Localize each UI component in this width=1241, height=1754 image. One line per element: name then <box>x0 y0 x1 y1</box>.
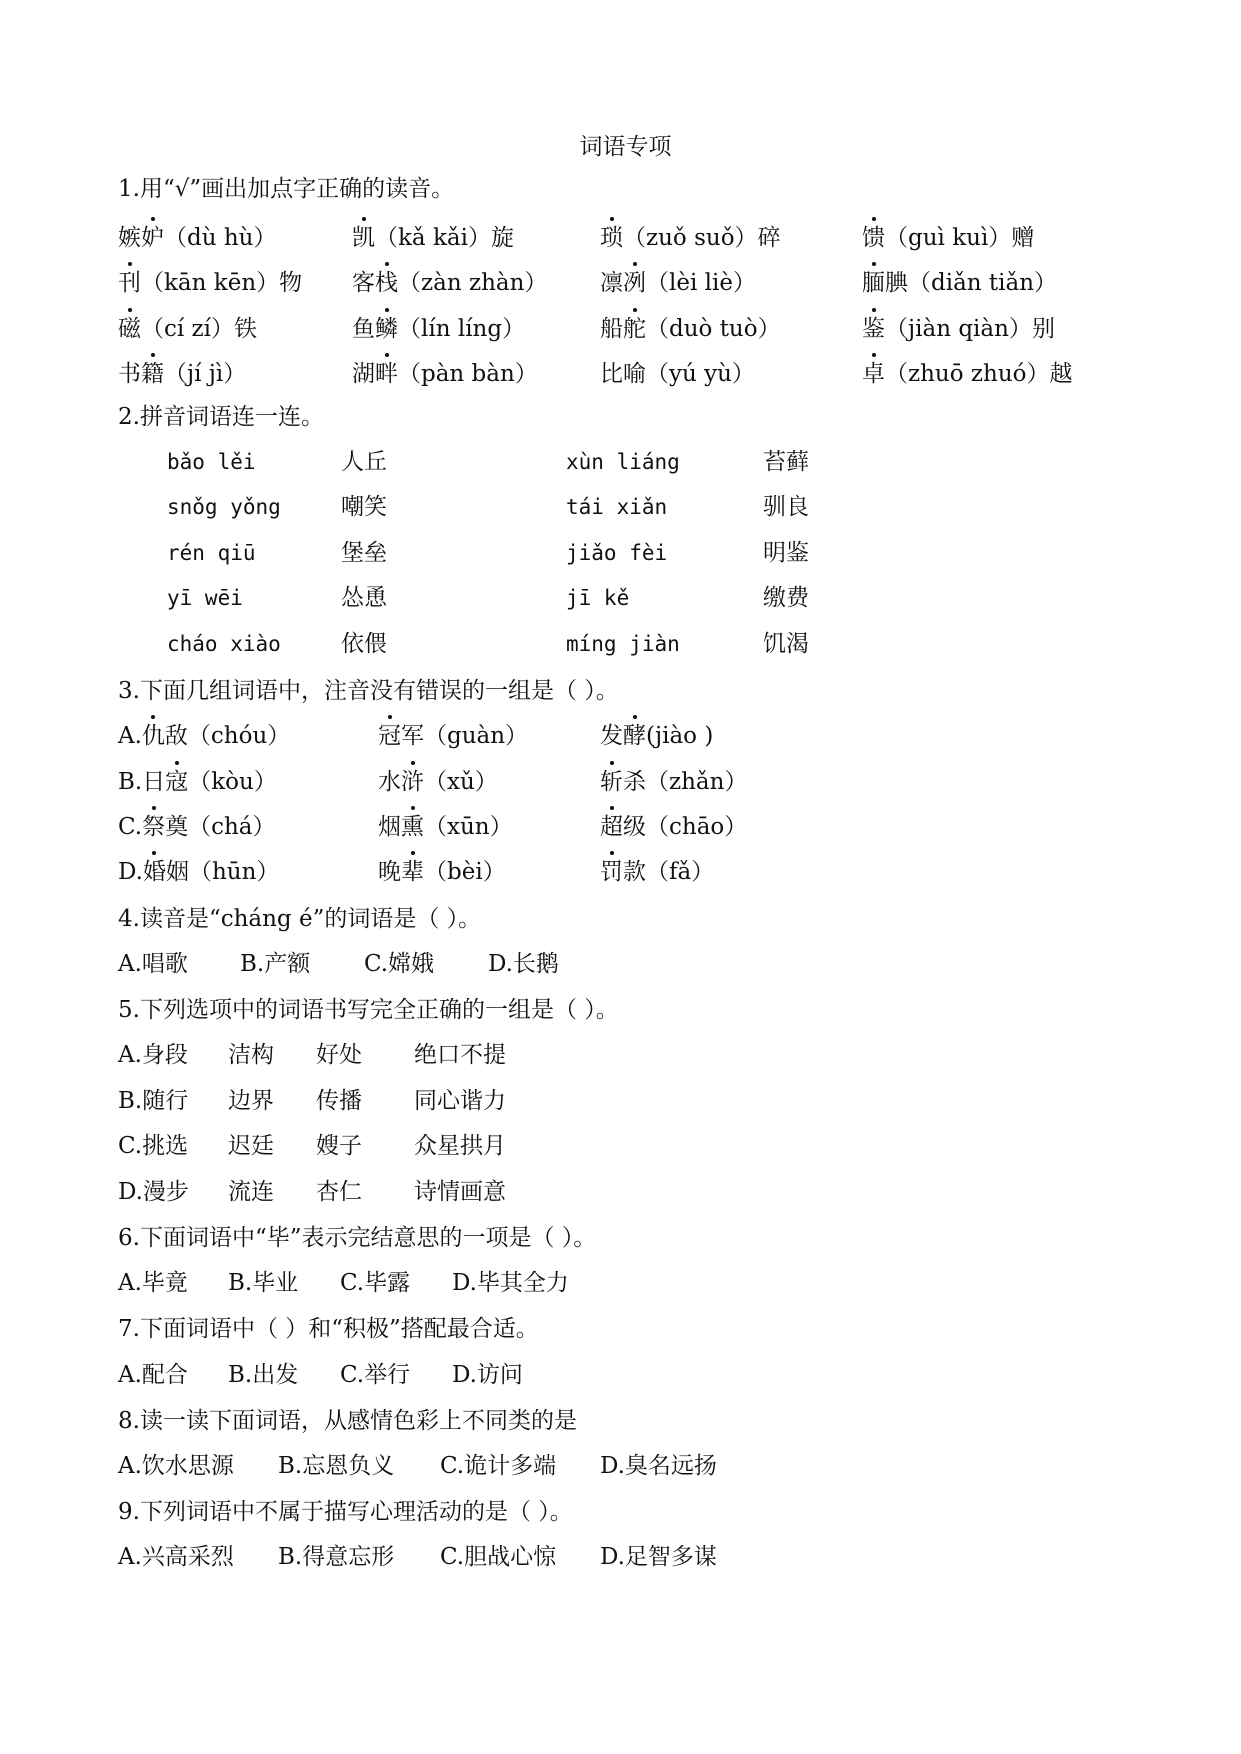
dotted-character: 熏 <box>401 812 424 842</box>
answer-option[interactable]: D.毕其全力 <box>452 1268 569 1298</box>
answer-option[interactable]: A.饮水思源 <box>118 1451 234 1481</box>
word-part: 款 <box>623 859 646 885</box>
pinyin-item[interactable]: jī kě <box>566 583 629 613</box>
answer-option[interactable]: D.长鹅 <box>488 949 559 979</box>
dotted-character: 婚 <box>143 857 166 887</box>
dotted-character: 舵 <box>623 314 646 344</box>
annotated-word: 超级（chāo） <box>600 812 747 842</box>
word-part: 凛 <box>600 270 623 296</box>
annotated-word: 水浒（xǔ） <box>378 767 498 797</box>
annotated-word: D.婚姻（hūn） <box>118 857 279 887</box>
word-part: 书 <box>118 361 141 387</box>
option-word: 好处 <box>316 1040 362 1070</box>
pinyin-choices: （jí jì） <box>164 361 246 387</box>
annotated-word: 腼腆（diǎn tiǎn） <box>862 268 1057 298</box>
q5-prompt: 5.下列选项中的词语书写完全正确的一组是（ ）。 <box>118 995 619 1025</box>
dotted-character: 刊 <box>118 268 141 298</box>
annotated-word: 凛冽（lèi liè） <box>600 268 756 298</box>
answer-option[interactable]: D.臭名远扬 <box>600 1451 717 1481</box>
answer-option[interactable]: C.胆战心惊 <box>440 1542 556 1572</box>
q4-prompt: 4.读音是“cháng é”的词语是（ ）。 <box>118 904 481 934</box>
dotted-character: 斩 <box>600 767 623 797</box>
word-item[interactable]: 明鉴 <box>763 538 809 568</box>
annotated-word: 罚款（fǎ） <box>600 857 714 887</box>
word-item[interactable]: 堡垒 <box>341 538 387 568</box>
pinyin-item[interactable]: míng jiàn <box>566 629 680 659</box>
pinyin-choices: （zhǎn） <box>646 769 747 795</box>
word-item[interactable]: 饥渴 <box>763 629 809 659</box>
pinyin-item[interactable]: jiǎo fèi <box>566 538 667 568</box>
pinyin-item[interactable]: cháo xiào <box>167 629 281 659</box>
q3-prompt: 3.下面几组词语中，注音没有错误的一组是（ ）。 <box>118 676 619 706</box>
annotated-word: C.祭奠（chá） <box>118 812 276 842</box>
word-part: 敌 <box>165 723 188 749</box>
answer-option[interactable]: D.访问 <box>452 1360 523 1390</box>
option-word: 传播 <box>316 1086 362 1116</box>
option-word: 嫂子 <box>316 1131 362 1161</box>
answer-option[interactable]: A.唱歌 <box>118 949 188 979</box>
option-word: 流连 <box>228 1177 274 1207</box>
pinyin-choices: （fǎ） <box>646 859 714 885</box>
pinyin-choices: （kòu） <box>188 769 277 795</box>
dotted-character: 卓 <box>862 359 885 389</box>
answer-option[interactable]: B.得意忘形 <box>278 1542 394 1572</box>
dotted-character: 祭 <box>142 812 165 842</box>
word-part: 湖 <box>352 361 375 387</box>
q8-prompt: 8.读一读下面词语，从感情色彩上不同类的是 <box>118 1406 577 1436</box>
pinyin-item[interactable]: xùn liáng <box>566 447 680 477</box>
annotated-word: 船舵（duò tuò） <box>600 314 781 344</box>
pinyin-choices: （hūn） <box>189 859 279 885</box>
word-item[interactable]: 依偎 <box>341 629 387 659</box>
word-part: 铁 <box>234 316 257 342</box>
word-part: 鱼 <box>352 316 375 342</box>
answer-option[interactable]: C.毕露 <box>340 1268 410 1298</box>
pinyin-choices: （bèi） <box>424 859 506 885</box>
word-part: 腆 <box>885 270 908 296</box>
dotted-character: 腼 <box>862 268 885 298</box>
word-item[interactable]: 怂恿 <box>341 583 387 613</box>
word-part: 越 <box>1050 361 1073 387</box>
pinyin-item[interactable]: bǎo lěi <box>167 447 256 477</box>
pinyin-choices: （diǎn tiǎn） <box>908 270 1057 296</box>
pinyin-choices: （zàn zhàn） <box>398 270 547 296</box>
answer-option[interactable]: B.毕业 <box>228 1268 298 1298</box>
option-word: 同心谐力 <box>414 1086 506 1116</box>
word-part: C. <box>118 814 142 840</box>
pinyin-choices: （chóu） <box>188 723 290 749</box>
pinyin-choices: （chá） <box>188 814 275 840</box>
pinyin-choices: （zhuō zhuó） <box>885 361 1050 387</box>
word-part: D. <box>118 859 143 885</box>
pinyin-choices: （dù hù） <box>164 225 276 251</box>
pinyin-item[interactable]: yī wēi <box>167 583 243 613</box>
pinyin-choices: （kǎ kǎi） <box>375 225 491 251</box>
dotted-character: 琐 <box>600 223 623 253</box>
dotted-character: 鉴 <box>862 314 885 344</box>
pinyin-choices: （guì kuì） <box>885 225 1011 251</box>
annotated-word: 书籍（jí jì） <box>118 359 246 389</box>
dotted-character: 畔 <box>375 359 398 389</box>
answer-option[interactable]: C.诡计多端 <box>440 1451 556 1481</box>
q2-prompt: 2.拼音词语连一连。 <box>118 402 324 432</box>
dotted-character: 籍 <box>141 359 164 389</box>
option-word: 众星拱月 <box>414 1131 506 1161</box>
word-item[interactable]: 缴费 <box>763 583 809 613</box>
answer-option[interactable]: B.忘恩负义 <box>278 1451 394 1481</box>
answer-option[interactable]: A.兴高采烈 <box>118 1542 234 1572</box>
dotted-character: 仇 <box>142 721 165 751</box>
q7-prompt: 7.下面词语中（ ）和“积极”搭配最合适。 <box>118 1314 539 1344</box>
annotated-word: B.日寇（kòu） <box>118 767 277 797</box>
pinyin-choices: （duò tuò） <box>646 316 781 342</box>
word-part: 级 <box>623 814 646 840</box>
word-item[interactable]: 驯良 <box>763 492 809 522</box>
dotted-character: 鳞 <box>375 314 398 344</box>
option-word: 迟廷 <box>228 1131 274 1161</box>
pinyin-choices: （lín líng） <box>398 316 525 342</box>
answer-option[interactable]: C.嫦娥 <box>364 949 434 979</box>
word-part: 姻 <box>166 859 189 885</box>
annotated-word: 馈（guì kuì）赠 <box>862 223 1034 253</box>
dotted-character: 酵 <box>623 721 646 751</box>
word-part: 晚 <box>378 859 401 885</box>
annotated-word: A.仇敌（chóu） <box>118 721 290 751</box>
pinyin-choices: （jiàn qiàn） <box>885 316 1032 342</box>
word-part: 杀 <box>623 769 646 795</box>
answer-option[interactable]: B.产额 <box>240 949 310 979</box>
pinyin-choices: （kān kēn） <box>141 270 279 296</box>
word-part: 烟 <box>378 814 401 840</box>
word-part: B.日 <box>118 769 165 795</box>
word-part: 水 <box>378 769 401 795</box>
answer-option[interactable]: C.举行 <box>340 1360 410 1390</box>
word-part: A. <box>118 723 142 749</box>
answer-option[interactable]: D.漫步 <box>118 1177 189 1207</box>
annotated-word: 斩杀（zhǎn） <box>600 767 747 797</box>
option-word: 诗情画意 <box>414 1177 506 1207</box>
dotted-character: 磁 <box>118 314 141 344</box>
annotated-word: 鱼鳞（lín líng） <box>352 314 525 344</box>
word-item[interactable]: 人丘 <box>341 447 387 477</box>
pinyin-choices: （chāo） <box>646 814 747 840</box>
pinyin-item[interactable]: snǒg yǒng <box>167 492 281 522</box>
dotted-character: 寇 <box>165 767 188 797</box>
annotated-word: 比喻（yú yù） <box>600 359 755 389</box>
answer-option[interactable]: A.身段 <box>118 1040 188 1070</box>
word-part: 别 <box>1032 316 1055 342</box>
pinyin-choices: （xǔ） <box>424 769 498 795</box>
word-part: 奠 <box>165 814 188 840</box>
pinyin-choices: (jiào ) <box>646 723 713 749</box>
option-word: 边界 <box>228 1086 274 1116</box>
worksheet-page: 词语专项 1.用“√”画出加点字正确的读音。 2.拼音词语连一连。 3.下面几组… <box>0 0 1241 1754</box>
dotted-character: 栈 <box>375 268 398 298</box>
dotted-character: 辈 <box>401 857 424 887</box>
annotated-word: 磁（cí zí）铁 <box>118 314 257 344</box>
dotted-character: 凯 <box>352 223 375 253</box>
annotated-word: 湖畔（pàn bàn） <box>352 359 538 389</box>
word-part: 嫉 <box>118 225 141 251</box>
annotated-word: 客栈（zàn zhàn） <box>352 268 547 298</box>
word-part: 客 <box>352 270 375 296</box>
pinyin-item[interactable]: tái xiǎn <box>566 492 667 522</box>
page-title: 词语专项 <box>0 128 1241 161</box>
q6-prompt: 6.下面词语中“毕”表示完结意思的一项是（ ）。 <box>118 1223 596 1253</box>
pinyin-choices: （lèi liè） <box>646 270 756 296</box>
pinyin-choices: （yú yù） <box>646 361 755 387</box>
q1-prompt: 1.用“√”画出加点字正确的读音。 <box>118 174 454 204</box>
pinyin-choices: （zuǒ suǒ） <box>623 225 758 251</box>
option-word: 洁构 <box>228 1040 274 1070</box>
word-item[interactable]: 苔藓 <box>763 447 809 477</box>
word-part: 碎 <box>758 225 781 251</box>
annotated-word: 发酵(jiào ) <box>600 721 713 751</box>
annotated-word: 凯（kǎ kǎi）旋 <box>352 223 514 253</box>
annotated-word: 鉴（jiàn qiàn）别 <box>862 314 1055 344</box>
word-part: 发 <box>600 723 623 749</box>
annotated-word: 琐（zuǒ suǒ）碎 <box>600 223 781 253</box>
word-part: 比喻 <box>600 361 646 387</box>
pinyin-choices: （guàn） <box>424 723 528 749</box>
dotted-character: 馈 <box>862 223 885 253</box>
dotted-character: 罚 <box>600 857 623 887</box>
q9-prompt: 9.下列词语中不属于描写心理活动的是（ ）。 <box>118 1497 573 1527</box>
answer-option[interactable]: A.配合 <box>118 1360 188 1390</box>
pinyin-choices: （xūn） <box>424 814 513 840</box>
answer-option[interactable]: B.出发 <box>228 1360 298 1390</box>
dotted-character: 妒 <box>141 223 164 253</box>
word-part: 旋 <box>491 225 514 251</box>
annotated-word: 晚辈（bèi） <box>378 857 506 887</box>
option-word: 绝口不提 <box>414 1040 506 1070</box>
dotted-character: 冠 <box>378 721 401 751</box>
answer-option[interactable]: C.挑选 <box>118 1131 188 1161</box>
annotated-word: 嫉妒（dù hù） <box>118 223 276 253</box>
word-part: 军 <box>401 723 424 749</box>
annotated-word: 冠军（guàn） <box>378 721 528 751</box>
answer-option[interactable]: B.随行 <box>118 1086 188 1116</box>
pinyin-choices: （cí zí） <box>141 316 234 342</box>
annotated-word: 刊（kān kēn）物 <box>118 268 302 298</box>
dotted-character: 浒 <box>401 767 424 797</box>
dotted-character: 冽 <box>623 268 646 298</box>
word-item[interactable]: 嘲笑 <box>341 492 387 522</box>
word-part: 船 <box>600 316 623 342</box>
word-part: 赠 <box>1011 225 1034 251</box>
pinyin-item[interactable]: rén qiū <box>167 538 256 568</box>
word-part: 物 <box>279 270 302 296</box>
answer-option[interactable]: A.毕竟 <box>118 1268 188 1298</box>
dotted-character: 超 <box>600 812 623 842</box>
answer-option[interactable]: D.足智多谋 <box>600 1542 717 1572</box>
annotated-word: 烟熏（xūn） <box>378 812 513 842</box>
option-word: 杏仁 <box>316 1177 362 1207</box>
pinyin-choices: （pàn bàn） <box>398 361 538 387</box>
annotated-word: 卓（zhuō zhuó）越 <box>862 359 1073 389</box>
